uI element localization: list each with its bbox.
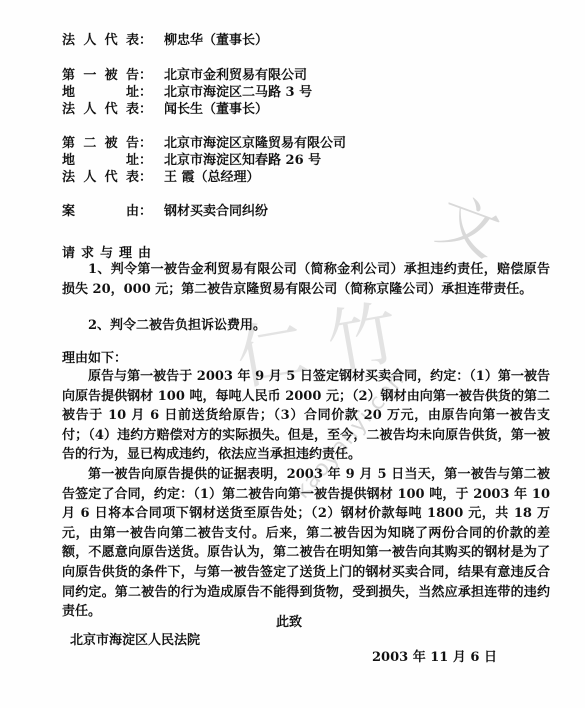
defendant1-rep-value: 闻长生（董事长）: [164, 102, 268, 118]
field-label: 法 人 代 表：: [62, 102, 152, 118]
document-date: 2003 年 11 月 6 日: [372, 646, 497, 665]
reasons-heading: 理由如下：: [62, 349, 550, 369]
plaintiff-rep-value: 柳忠华（董事长）: [164, 33, 268, 49]
claim-item-1: 1、判令第一被告金利贸易有限公司（简称金利公司）承担违约责任，赔偿原告损失 20…: [62, 260, 550, 299]
defendant2-address-value: 北京市海淀区知春路 26 号: [164, 153, 321, 169]
plaintiff-rep-row: 法 人 代 表： 柳忠华（董事长）: [62, 33, 268, 49]
defendant1-address-row: 地 址： 北京市海淀区二马路 3 号: [62, 85, 312, 101]
defendant1-rep-row: 法 人 代 表： 闻长生（董事长）: [62, 102, 268, 118]
field-label: 第 二 被 告：: [62, 136, 152, 152]
document-page: 文 仁 竹 kaoyanyi.com 法 人 代 表： 柳忠华（董事长） 第 一…: [0, 0, 585, 708]
defendant1-name-row: 第 一 被 告： 北京市金利贸易有限公司: [62, 68, 307, 84]
field-label: 第 一 被 告：: [62, 68, 152, 84]
reasons-paragraph-2: 第一被告向原告提供的证据表明，2003 年 9 月 5 日当天，第一被告与第二被…: [62, 465, 550, 622]
defendant2-address-row: 地 址： 北京市海淀区知春路 26 号: [62, 153, 321, 169]
salutation: 此致: [276, 611, 302, 630]
field-label: 案 由：: [62, 204, 152, 220]
field-label: 地 址：: [62, 153, 152, 169]
field-label: 地 址：: [62, 85, 152, 101]
court-name: 北京市海淀区人民法院: [70, 629, 200, 648]
cause-value: 钢材买卖合同纠纷: [164, 204, 268, 220]
defendant2-name-row: 第 二 被 告： 北京市海淀区京隆贸易有限公司: [62, 136, 346, 152]
defendant2-rep-value: 王 霞（总经理）: [164, 170, 260, 186]
watermark-calligraphy-1: 文: [427, 172, 513, 273]
field-label: 法 人 代 表：: [62, 170, 152, 186]
reasons-paragraph-1: 原告与第一被告于 2003 年 9 月 5 日签定钢材买卖合同，约定：（1）第一…: [62, 367, 550, 465]
defendant1-address-value: 北京市海淀区二马路 3 号: [164, 85, 312, 101]
field-label: 法 人 代 表：: [62, 33, 152, 49]
defendant2-name-value: 北京市海淀区京隆贸易有限公司: [164, 136, 346, 152]
cause-row: 案 由： 钢材买卖合同纠纷: [62, 204, 268, 220]
defendant2-rep-row: 法 人 代 表： 王 霞（总经理）: [62, 170, 260, 186]
defendant1-name-value: 北京市金利贸易有限公司: [164, 68, 307, 84]
claims-heading: 请求与理由: [62, 242, 157, 261]
claim-item-2: 2、判令二被告负担诉讼费用。: [62, 316, 550, 336]
